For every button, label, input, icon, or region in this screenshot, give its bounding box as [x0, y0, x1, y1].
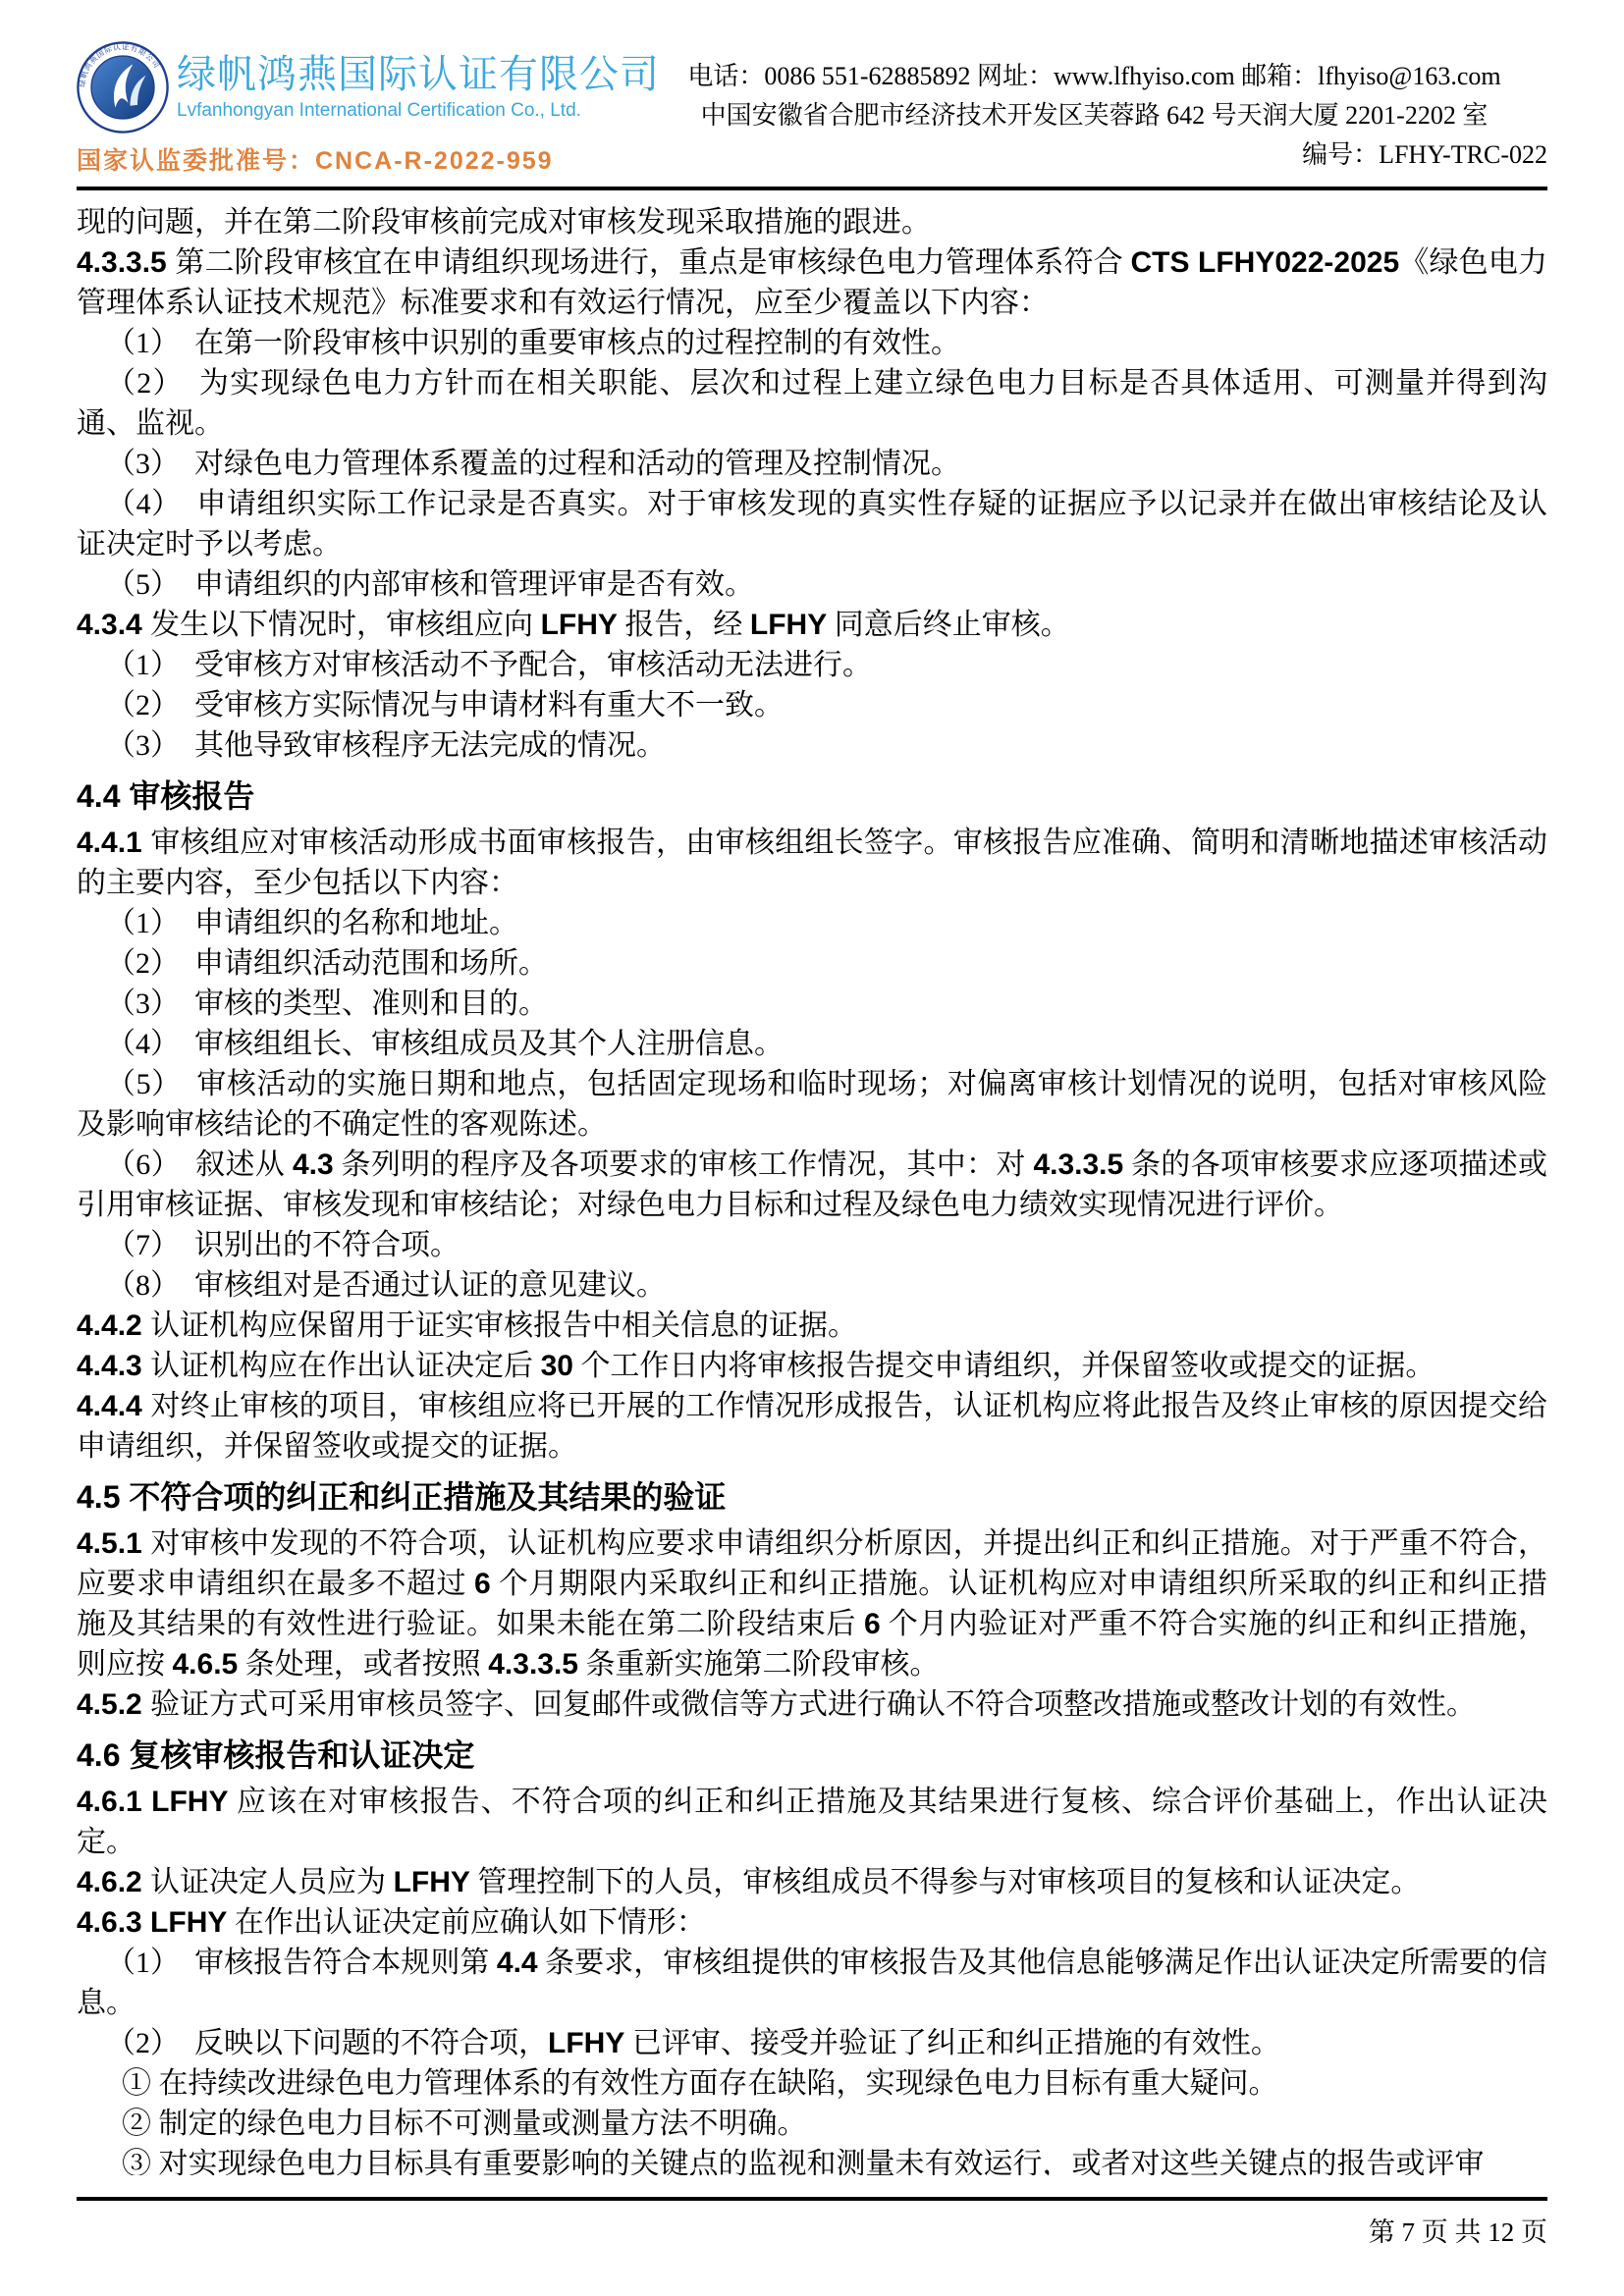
- body-paragraph: 4.5.1 对审核中发现的不符合项，认证机构应要求申请组织分析原因，并提出纠正和…: [77, 1523, 1547, 1684]
- body-paragraph: （3） 审核的类型、准则和目的。: [77, 984, 1547, 1024]
- body-paragraph: 4.6.1 LFHY 应该在对审核报告、不符合项的纠正和纠正措施及其结果进行复核…: [77, 1782, 1547, 1862]
- section-heading: 4.4 审核报告: [77, 773, 1547, 820]
- company-logo-icon: 绿帆鸿燕国际认证有限公司: [77, 41, 169, 133]
- company-names: 绿帆鸿燕国际认证有限公司 Lvfanhongyan International …: [177, 51, 660, 124]
- section-heading: 4.5 不符合项的纠正和纠正措施及其结果的验证: [77, 1473, 1547, 1521]
- logo-row: 绿帆鸿燕国际认证有限公司 绿帆鸿燕国际认证有限公司 Lvfanhongyan I…: [77, 41, 641, 133]
- contact-line: 电话：0086 551-62885892 网址：www.lfhyiso.com …: [641, 57, 1547, 96]
- body-paragraph: 4.6.3 LFHY 在作出认证决定前应确认如下情形：: [77, 1902, 1547, 1943]
- body-paragraph: ③ 对实现绿色电力目标具有重要影响的关键点的监视和测量未有效运行，或者对这些关键…: [77, 2144, 1547, 2175]
- body-paragraph: （7） 识别出的不符合项。: [77, 1225, 1547, 1265]
- body-paragraph: （5） 申请组织的内部审核和管理评审是否有效。: [77, 564, 1547, 605]
- company-name-en: Lvfanhongyan International Certification…: [177, 98, 660, 124]
- body-paragraph: （4） 审核组组长、审核组成员及其个人注册信息。: [77, 1024, 1547, 1064]
- header-contact-block: 电话：0086 551-62885892 网址：www.lfhyiso.com …: [641, 41, 1547, 175]
- body-paragraph: （1） 在第一阶段审核中识别的重要审核点的过程控制的有效性。: [77, 323, 1547, 363]
- body-paragraph: （3） 对绿色电力管理体系覆盖的过程和活动的管理及控制情况。: [77, 444, 1547, 484]
- document-body: 现的问题，并在第二阶段审核前完成对审核发现采取措施的跟进。4.3.3.5 第二阶…: [0, 190, 1624, 2175]
- body-paragraph: （4） 申请组织实际工作记录是否真实。对于审核发现的真实性存疑的证据应予以记录并…: [77, 484, 1547, 564]
- body-paragraph: 4.6.2 认证决定人员应为 LFHY 管理控制下的人员，审核组成员不得参与对审…: [77, 1862, 1547, 1902]
- document-header: 绿帆鸿燕国际认证有限公司 绿帆鸿燕国际认证有限公司 Lvfanhongyan I…: [0, 0, 1624, 177]
- document-number: 编号：LFHY-TRC-022: [641, 135, 1547, 175]
- body-paragraph: （6） 叙述从 4.3 条列明的程序及各项要求的审核工作情况，其中：对 4.3.…: [77, 1145, 1547, 1225]
- body-paragraph: （5） 审核活动的实施日期和地点，包括固定现场和临时现场；对偏离审核计划情况的说…: [77, 1064, 1547, 1145]
- header-brand-block: 绿帆鸿燕国际认证有限公司 绿帆鸿燕国际认证有限公司 Lvfanhongyan I…: [77, 41, 641, 177]
- body-paragraph: （1） 审核报告符合本规则第 4.4 条要求，审核组提供的审核报告及其他信息能够…: [77, 1943, 1547, 2023]
- address-line: 中国安徽省合肥市经济技术开发区芙蓉路 642 号天润大厦 2201-2202 室: [641, 96, 1547, 135]
- body-paragraph: 4.4.4 对终止审核的项目，审核组应将已开展的工作情况形成报告，认证机构应将此…: [77, 1386, 1547, 1467]
- section-heading: 4.6 复核审核报告和认证决定: [77, 1732, 1547, 1779]
- body-paragraph: （1） 受审核方对审核活动不予配合，审核活动无法进行。: [77, 645, 1547, 685]
- body-paragraph: ① 在持续改进绿色电力管理体系的有效性方面存在缺陷，实现绿色电力目标有重大疑问。: [77, 2063, 1547, 2104]
- body-paragraph: 4.5.2 验证方式可采用审核员签字、回复邮件或微信等方式进行确认不符合项整改措…: [77, 1684, 1547, 1725]
- body-paragraph: 4.4.3 认证机构应在作出认证决定后 30 个工作日内将审核报告提交申请组织，…: [77, 1346, 1547, 1386]
- page-number: 第 7 页 共 12 页: [1369, 2211, 1547, 2249]
- body-paragraph: （3） 其他导致审核程序无法完成的情况。: [77, 725, 1547, 766]
- body-paragraph: （2） 反映以下问题的不符合项，LFHY 已评审、接受并验证了纠正和纠正措施的有…: [77, 2023, 1547, 2063]
- body-paragraph: 4.4.2 认证机构应保留用于证实审核报告中相关信息的证据。: [77, 1306, 1547, 1346]
- document-page: 绿帆鸿燕国际认证有限公司 绿帆鸿燕国际认证有限公司 Lvfanhongyan I…: [0, 0, 1624, 2296]
- body-paragraph: 4.3.3.5 第二阶段审核宜在申请组织现场进行，重点是审核绿色电力管理体系符合…: [77, 242, 1547, 323]
- body-paragraph: 4.3.4 发生以下情况时，审核组应向 LFHY 报告，经 LFHY 同意后终止…: [77, 605, 1547, 645]
- body-paragraph: （1） 申请组织的名称和地址。: [77, 903, 1547, 943]
- body-paragraph: （2） 受审核方实际情况与申请材料有重大不一致。: [77, 685, 1547, 725]
- approval-number: 国家认监委批准号：CNCA-R-2022-959: [77, 141, 641, 177]
- footer-divider: [77, 2197, 1547, 2201]
- body-paragraph: （8） 审核组对是否通过认证的意见建议。: [77, 1265, 1547, 1306]
- body-paragraph: （2） 为实现绿色电力方针而在相关职能、层次和过程上建立绿色电力目标是否具体适用…: [77, 363, 1547, 444]
- body-paragraph: 现的问题，并在第二阶段审核前完成对审核发现采取措施的跟进。: [77, 202, 1547, 242]
- body-paragraph: 4.4.1 审核组应对审核活动形成书面审核报告，由审核组组长签字。审核报告应准确…: [77, 823, 1547, 903]
- body-paragraph: （2） 申请组织活动范围和场所。: [77, 943, 1547, 984]
- company-name-cn: 绿帆鸿燕国际认证有限公司: [177, 51, 660, 98]
- body-paragraph: ② 制定的绿色电力目标不可测量或测量方法不明确。: [77, 2104, 1547, 2144]
